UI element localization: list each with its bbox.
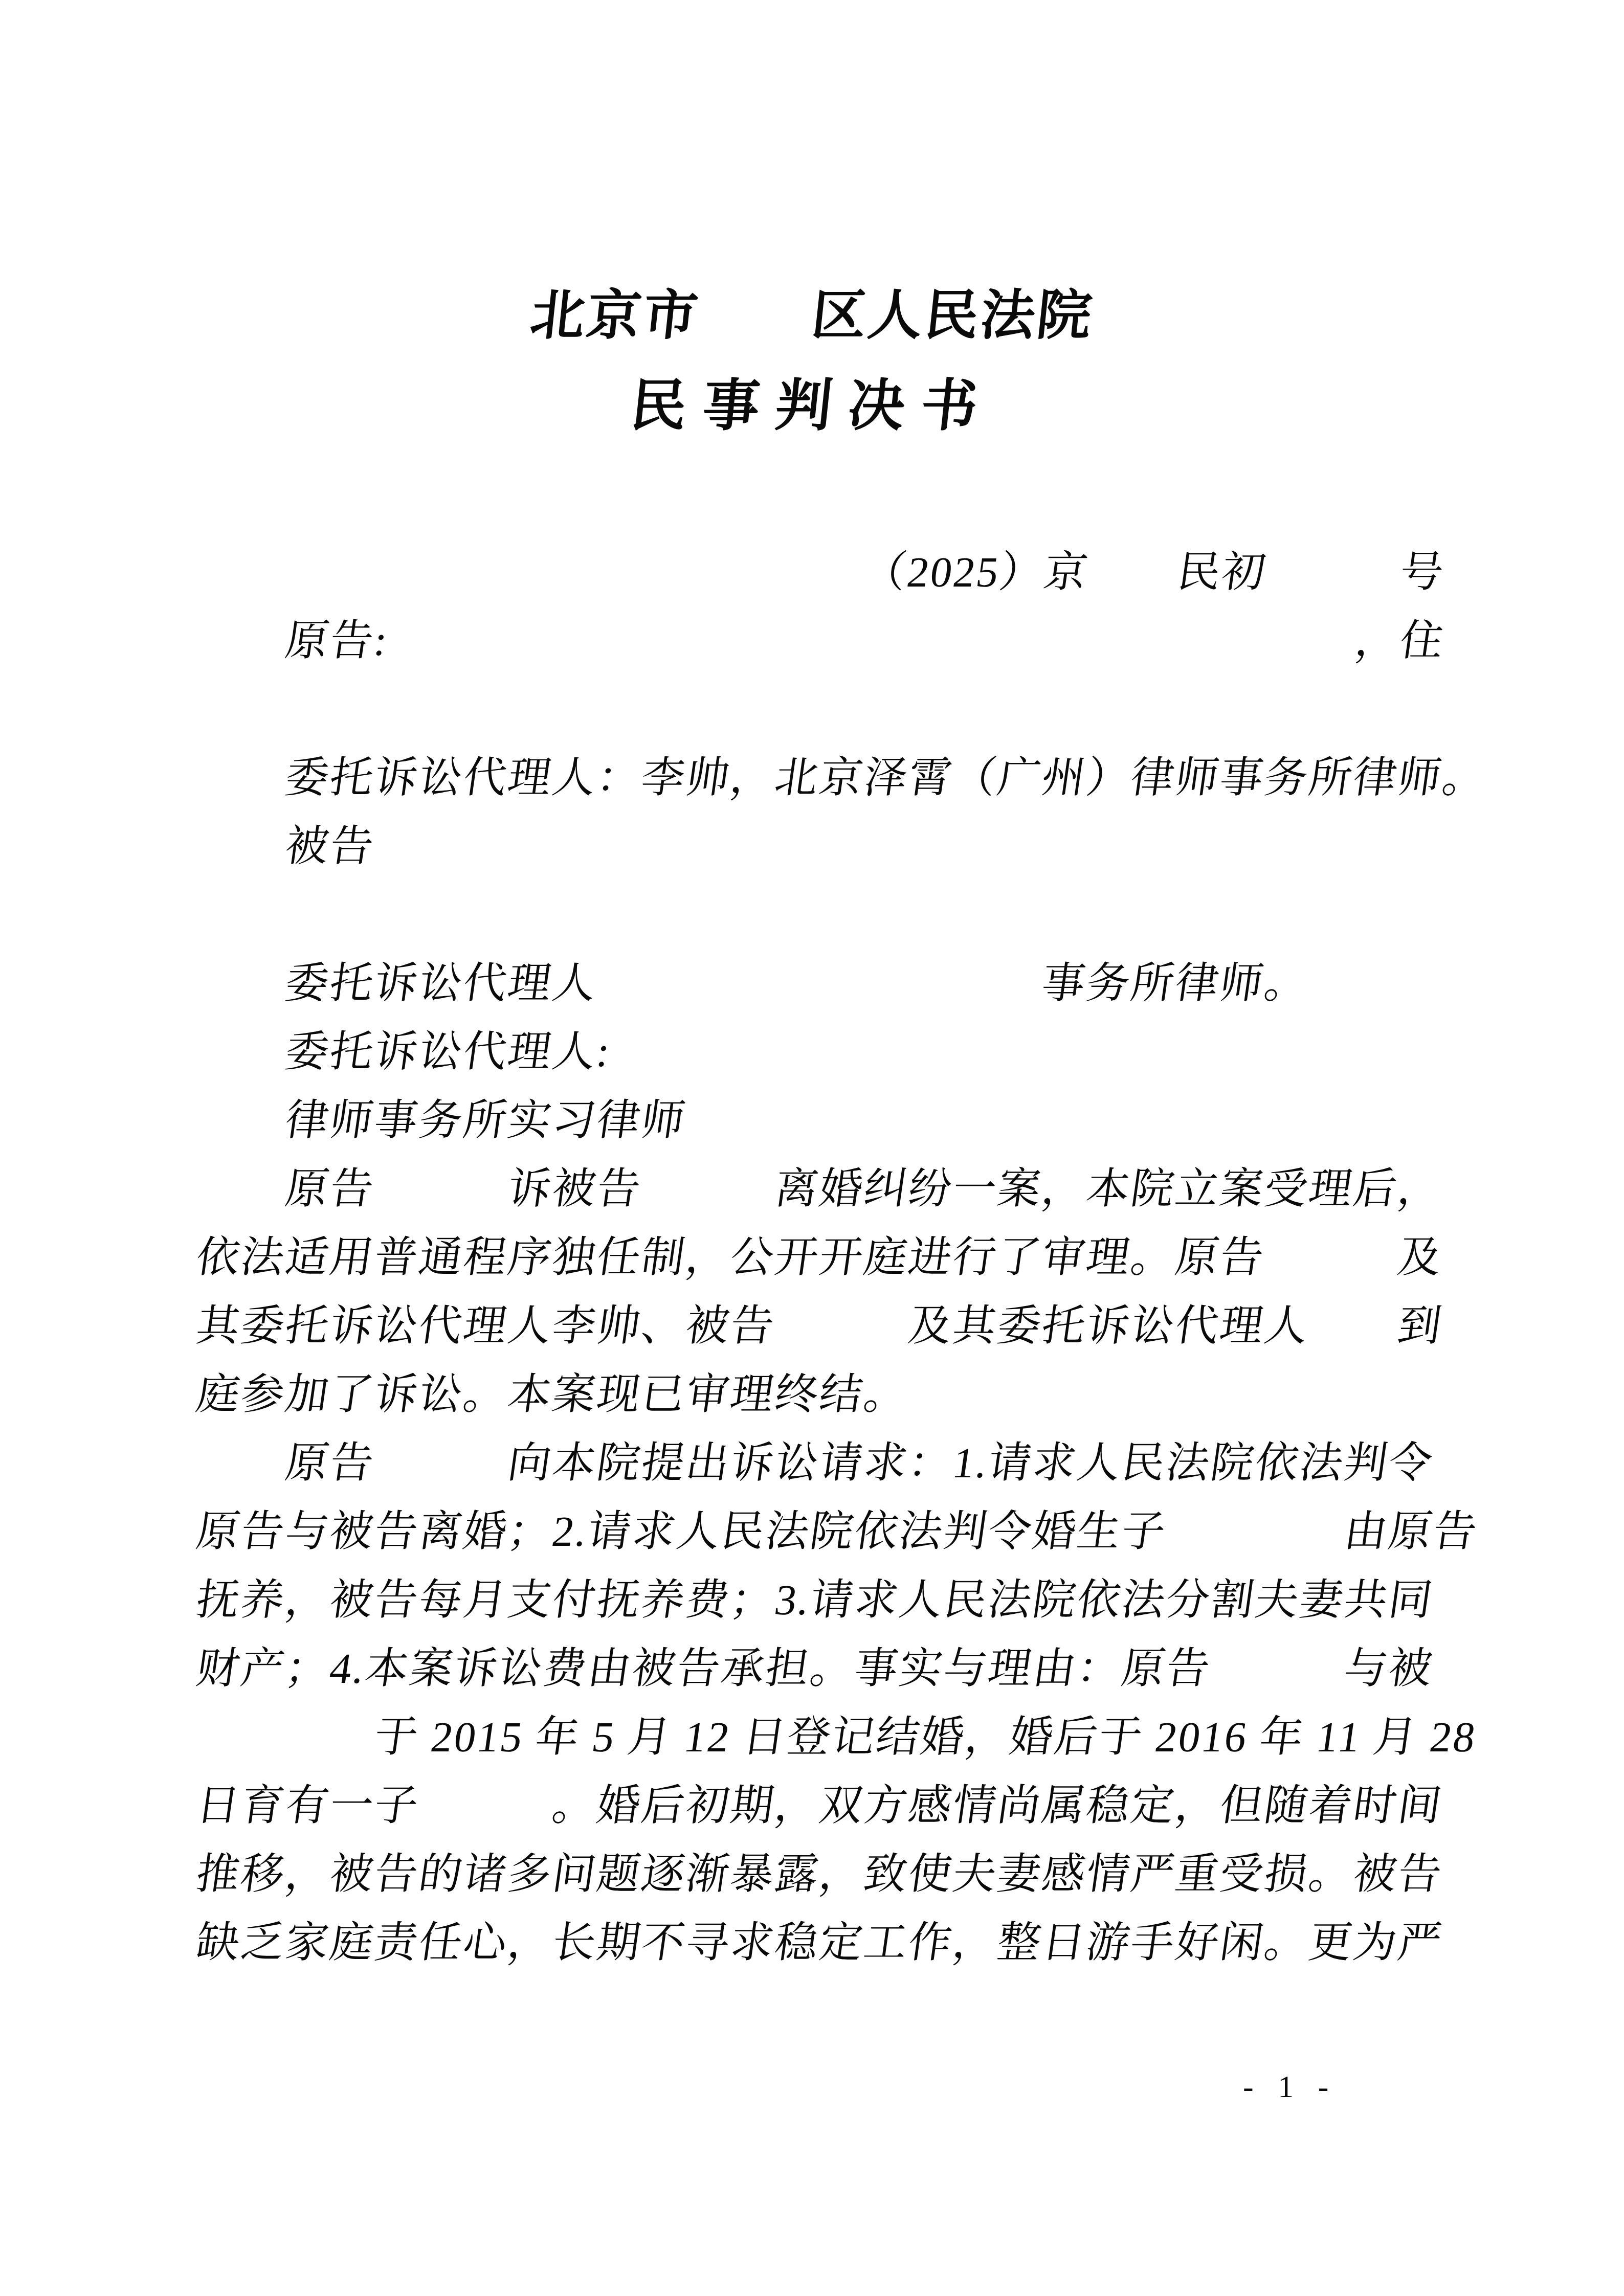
claims-line: 财产；4.本案诉讼费由被告承担。事实与理由：原告 与被 — [192, 1635, 1450, 1703]
page-number: - 1 - — [1243, 2064, 1337, 2110]
plaintiff-residence-suffix: ，住 — [1351, 607, 1450, 676]
claims-line: 原告 向本院提出诉讼请求：1.请求人民法院依法判令 — [192, 1429, 1450, 1498]
defendant-agent-line: 委托诉讼代理人 事务所律师。 — [192, 950, 1450, 1018]
case-number: （2025）京 民初 号 — [192, 538, 1450, 607]
body-line: 原告 诉被告 离婚纠纷一案，本院立案受理后， — [192, 1155, 1450, 1224]
defendant-line: 被告 — [192, 813, 1450, 881]
intern-lawyer-line: 律师事务所实习律师 — [192, 1087, 1450, 1155]
plaintiff-line: 原告: ，住 — [192, 607, 1450, 676]
blank-redacted-line — [192, 676, 1450, 744]
body-line: 庭参加了诉讼。本案现已审理终结。 — [192, 1361, 1450, 1429]
document-type-title: 民事判决书 — [0, 369, 1624, 443]
claims-line: 原告与被告离婚；2.请求人民法院依法判令婚生子 由原告 — [192, 1498, 1450, 1566]
facts-line: 缺乏家庭责任心，长期不寻求稳定工作，整日游手好闲。更为严 — [192, 1909, 1450, 1977]
document-body: （2025）京 民初 号 原告: ，住 委托诉讼代理人：李帅，北京泽霄（广州）律… — [192, 538, 1440, 1977]
court-name-title: 北京市 区人民法院 — [0, 280, 1624, 352]
blank-redacted-line — [192, 881, 1450, 950]
facts-line: 推移，被告的诸多问题逐渐暴露，致使夫妻感情严重受损。被告 — [192, 1840, 1450, 1909]
body-line: 其委托诉讼代理人李帅、被告 及其委托诉讼代理人 到 — [192, 1292, 1450, 1361]
body-line: 依法适用普通程序独任制，公开开庭进行了审理。原告 及 — [192, 1224, 1450, 1292]
plaintiff-agent-line: 委托诉讼代理人：李帅，北京泽霄（广州）律师事务所律师。 — [192, 744, 1450, 813]
claims-line: 抚养，被告每月支付抚养费；3.请求人民法院依法分割夫妻共同 — [192, 1566, 1450, 1635]
plaintiff-label: 原告: — [192, 607, 393, 676]
judgment-document-page: 北京市 区人民法院 民事判决书 （2025）京 民初 号 原告: ，住 委托诉讼… — [0, 0, 1624, 2296]
defendant-agent-line-2: 委托诉讼代理人: — [192, 1018, 1450, 1087]
facts-line: 日育有一子 。婚后初期，双方感情尚属稳定，但随着时间 — [192, 1772, 1450, 1840]
facts-line: 于 2015 年 5 月 12 日登记结婚，婚后于 2016 年 11 月 28 — [192, 1703, 1450, 1772]
